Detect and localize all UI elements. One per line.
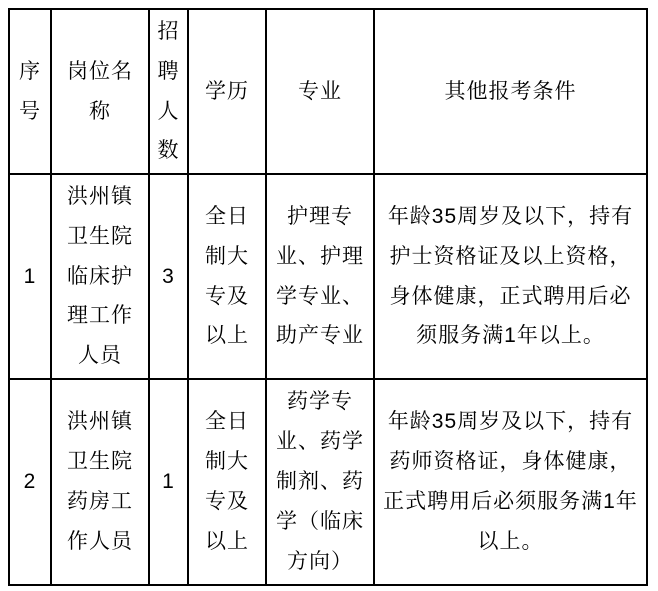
header-education: 学历 bbox=[188, 9, 266, 174]
cell-other-conditions: 年龄35周岁及以下，持有药师资格证，身体健康，正式聘用后必须服务满1年以上。 bbox=[374, 379, 647, 585]
cell-recruit-count: 1 bbox=[149, 379, 188, 585]
cell-position-name: 洪州镇卫生院临床护理工作人员 bbox=[51, 174, 149, 379]
header-other-conditions: 其他报考条件 bbox=[374, 9, 647, 174]
recruitment-positions-table: 序号 岗位名称 招聘人数 学历 专业 其他报考条件 1 洪州镇卫生院临床护理工作… bbox=[8, 8, 648, 586]
cell-position-name: 洪州镇卫生院药房工作人员 bbox=[51, 379, 149, 585]
table-row: 2 洪州镇卫生院药房工作人员 1 全日制大专及以上 药学专业、药学制剂、药学（临… bbox=[9, 379, 647, 585]
header-position-name: 岗位名称 bbox=[51, 9, 149, 174]
cell-other-conditions: 年龄35周岁及以下，持有护士资格证及以上资格，身体健康，正式聘用后必须服务满1年… bbox=[374, 174, 647, 379]
cell-recruit-count: 3 bbox=[149, 174, 188, 379]
table-row: 1 洪州镇卫生院临床护理工作人员 3 全日制大专及以上 护理专业、护理学专业、助… bbox=[9, 174, 647, 379]
cell-education: 全日制大专及以上 bbox=[188, 174, 266, 379]
cell-serial-number: 2 bbox=[9, 379, 51, 585]
cell-major: 护理专业、护理学专业、助产专业 bbox=[266, 174, 374, 379]
cell-serial-number: 1 bbox=[9, 174, 51, 379]
header-serial-number: 序号 bbox=[9, 9, 51, 174]
header-major: 专业 bbox=[266, 9, 374, 174]
cell-major: 药学专业、药学制剂、药学（临床方向） bbox=[266, 379, 374, 585]
cell-education: 全日制大专及以上 bbox=[188, 379, 266, 585]
header-recruit-count: 招聘人数 bbox=[149, 9, 188, 174]
table-header-row: 序号 岗位名称 招聘人数 学历 专业 其他报考条件 bbox=[9, 9, 647, 174]
